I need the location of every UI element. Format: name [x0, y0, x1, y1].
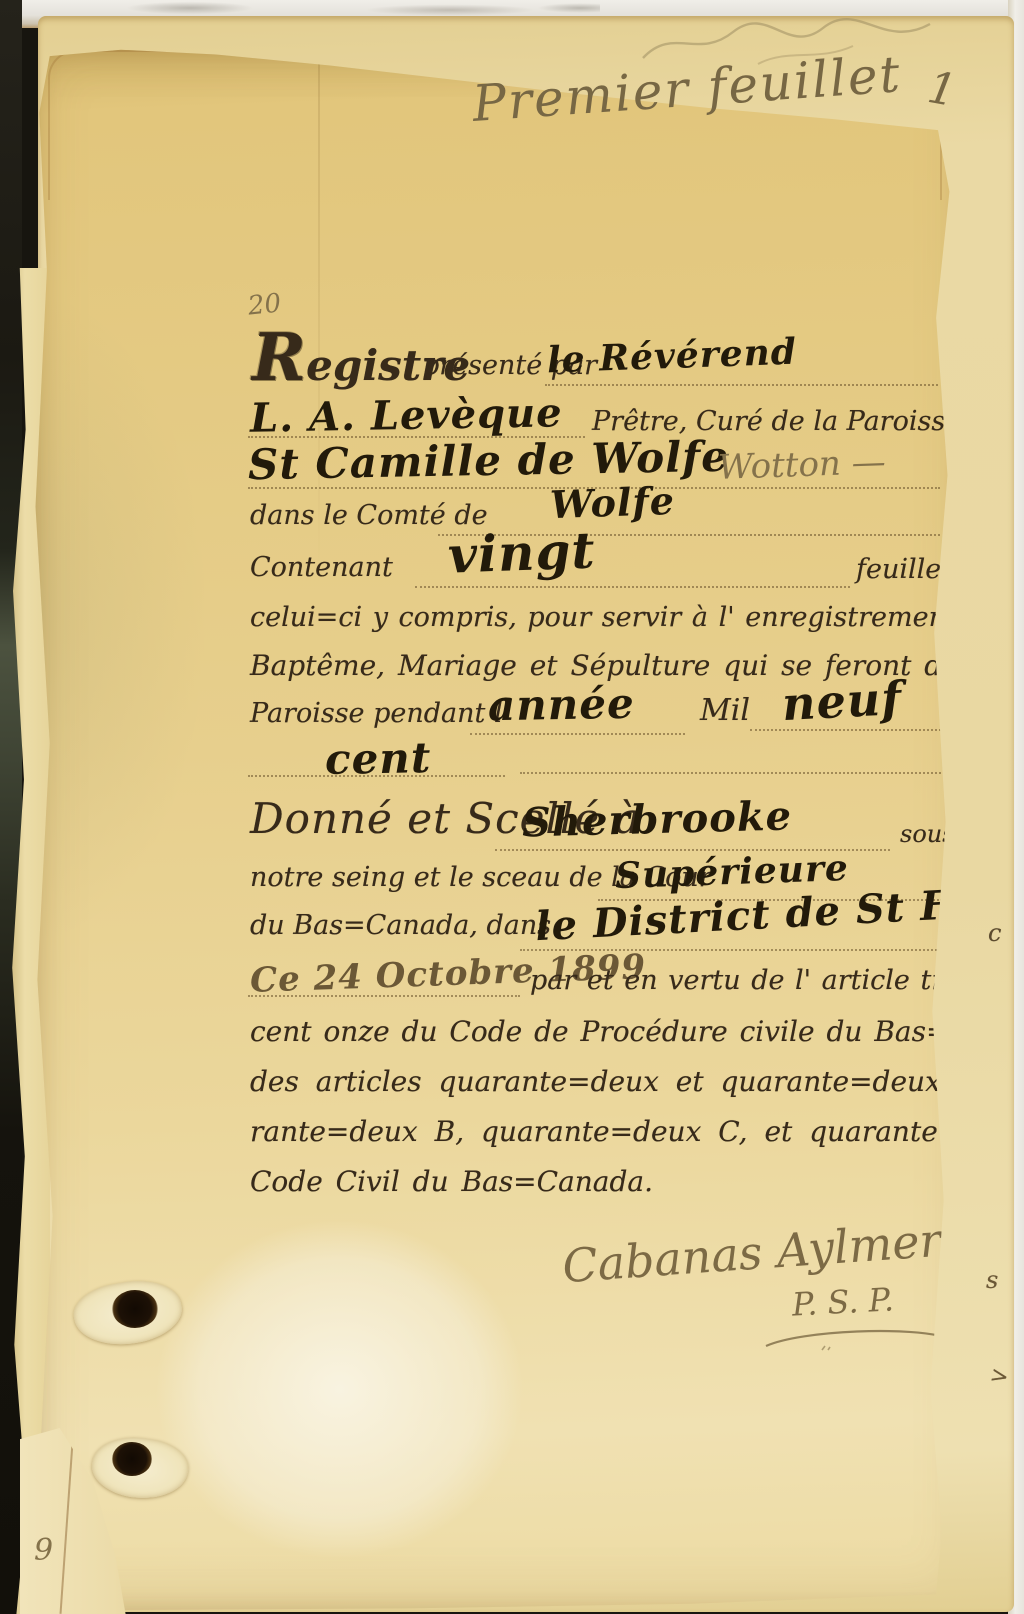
line12-printed: du Bas=Canada, dans [250, 912, 551, 939]
line8-handwritten-2: neuf [781, 675, 903, 727]
line8-printed-1: Paroisse pendant l' [250, 700, 510, 727]
edge-fragment-3: > [988, 1364, 1011, 1389]
line5-printed-1: Contenant [250, 554, 393, 581]
line16-printed: rante=deux B, quarante=deux C, et quaran… [250, 1118, 1024, 1146]
corner-ruled-line [60, 1428, 75, 1614]
blank-line-8b [750, 729, 945, 731]
count-mark: 20 [247, 290, 283, 319]
crease-line [318, 54, 320, 574]
line15-printed: des articles quarante=deux et quarante=d… [250, 1068, 1024, 1096]
line8-handwritten-1: année [488, 683, 635, 728]
line11-handwritten: Supérieure [614, 850, 849, 894]
line10-handwritten: Sherbrooke [522, 796, 793, 843]
punch-hole-bottom [112, 1442, 152, 1476]
blank-line-1 [545, 384, 938, 386]
line7-printed: Baptême, Mariage et Sépulture qui se fer… [250, 652, 1024, 680]
signature-title: P. S. P. [791, 1283, 894, 1320]
main-page: Registre présenté par le Révérend L. A. … [26, 34, 976, 1610]
blank-line-9a [248, 775, 505, 777]
line5-handwritten: vingt [447, 525, 596, 580]
line2-handwritten: L. A. Levèque [250, 393, 563, 438]
edge-fragment-2: s [986, 1268, 998, 1292]
line3-pencil-note: Wotton — [717, 445, 886, 485]
signature-name: Cabanas Aylmer [561, 1217, 943, 1289]
line8-printed-2: Mil [700, 696, 750, 726]
line1-handwritten: le Révérend [546, 334, 797, 379]
line6-printed: celui=ci y compris, pour servir à l' enr… [250, 604, 1024, 631]
blank-line-8a [470, 733, 685, 735]
line13-printed: par et en vertu de l' article treize [530, 967, 999, 994]
blank-line-9b [520, 772, 945, 774]
signature-flourish [762, 1326, 952, 1352]
line14-printed: cent onze du Code de Procédure civile du… [250, 1018, 1024, 1046]
line4-handwritten: Wolfe [549, 482, 675, 524]
scanned-register-page: c s > Registre présenté par le Révérend … [0, 0, 1024, 1614]
line2-printed: Prêtre, Curé de la Paroisse de [592, 408, 1003, 435]
line17-printed: Code Civil du Bas=Canada. [250, 1168, 653, 1196]
punch-hole-top [112, 1290, 158, 1328]
edge-fragment-1: c [988, 921, 1001, 945]
blank-line-13 [248, 995, 520, 997]
blank-line-5 [415, 586, 850, 588]
corner-mark: 9 [34, 1536, 53, 1566]
